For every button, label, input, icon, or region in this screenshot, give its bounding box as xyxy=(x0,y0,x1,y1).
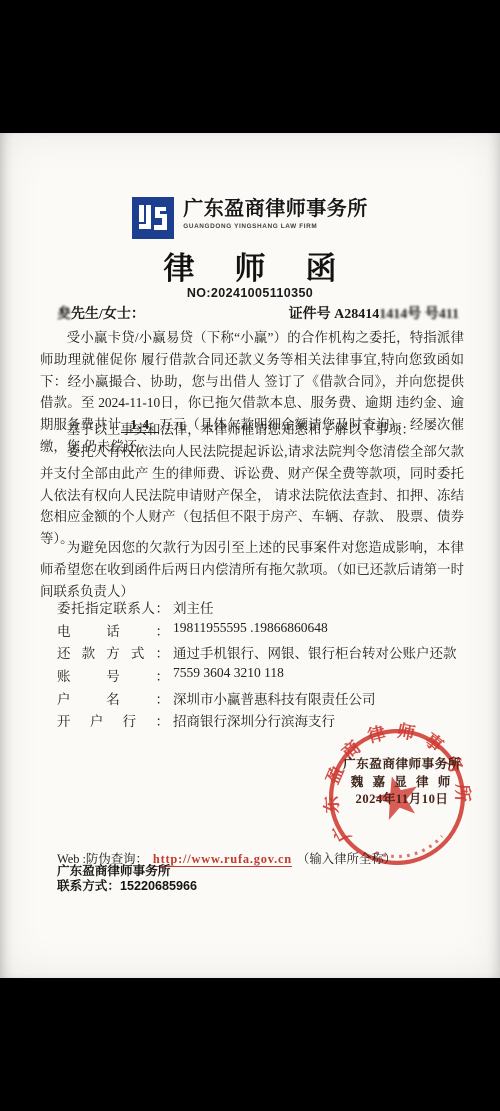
contact-label: 委托指定联系人： xyxy=(57,597,169,617)
body-paragraph-2: 基于以上事实和法律，本律师催请您知悉和了解以下事项： xyxy=(40,419,464,441)
contact-row: 委托指定联系人：刘主任 xyxy=(57,597,461,620)
contact-label: 账号： xyxy=(57,665,169,685)
recipient-row: 夋先生/女士： 证件号 A284141414号 号411 xyxy=(57,303,459,323)
seal-date-line: 2024年11月10日 xyxy=(332,791,472,809)
body-paragraph-4: 为避免因您的欠款行为因引至上述的民事案件对您造成影响，本律师希望您在收到函件后两… xyxy=(40,537,464,602)
contact-value: 招商银行深圳分行滨海支行 xyxy=(173,714,335,729)
firm-name-cn: 广东盈商律师事务所 xyxy=(183,197,368,221)
contact-label: 还款方式： xyxy=(57,642,169,662)
contact-row: 户名：深圳市小赢普惠科技有限责任公司 xyxy=(57,688,461,711)
contact-row: 电话：19811955595 .19866860648 xyxy=(57,620,461,643)
seal-lawyer-line: 魏 嘉 显 律 师 xyxy=(332,774,472,792)
firm-name-en: GUANGDONG YINGSHANG LAW FIRM xyxy=(183,223,368,230)
contact-value: 深圳市小赢普惠科技有限责任公司 xyxy=(173,692,376,707)
id-label: 证件号 xyxy=(289,307,335,322)
letterbox-top xyxy=(0,0,500,133)
seal-overlay: 广东盈商律师事务所 魏 嘉 显 律 师 2024年11月10日 xyxy=(332,756,472,809)
contact-row: 还款方式：通过手机银行、网银、银行柜台转对公账户还款 xyxy=(57,642,461,665)
footer-contact: 联系方式：15220685966 xyxy=(57,879,197,894)
id-number-visible: A28414 xyxy=(334,307,379,322)
letter-title: 律师函 xyxy=(164,251,377,286)
letterbox-bottom xyxy=(0,978,500,1111)
contact-label: 开户行： xyxy=(57,710,169,730)
body-paragraph-3: 委托人有权依法向人民法院提起诉讼,请求法院判令您清偿全部欠款并支付全部由此产 生… xyxy=(40,441,464,550)
letter-title-wrap: 律师函 xyxy=(0,243,500,288)
firm-name-stack: 广东盈商律师事务所 GUANGDONG YINGSHANG LAW FIRM xyxy=(183,197,368,230)
id-number-line: 证件号 A284141414号 号411 xyxy=(289,303,459,323)
contact-value: 通过手机银行、网银、银行柜台转对公账户还款 xyxy=(173,646,457,661)
contact-value: 7559 3604 3210 118 xyxy=(173,665,284,680)
footer-block: 广东盈商律师事务所 联系方式：15220685966 xyxy=(57,864,197,894)
id-number-obscured: 1414号 号411 xyxy=(379,307,459,322)
contact-label: 电话： xyxy=(57,620,169,640)
contact-value: 19811955595 .19866860648 xyxy=(173,620,328,635)
verify-suffix: （输入律所全称） xyxy=(297,852,396,866)
screenshot-stage: 广东盈商律师事务所 GUANGDONG YINGSHANG LAW FIRM 律… xyxy=(0,0,500,1111)
recipient-name: 夋 xyxy=(57,307,71,322)
contact-row: 账号：7559 3604 3210 118 xyxy=(57,665,461,688)
footer-firm-name: 广东盈商律师事务所 xyxy=(57,864,197,879)
recipient-salutation: 先生/女士： xyxy=(71,307,145,322)
contact-label: 户名： xyxy=(57,688,169,708)
recipient-name-line: 夋先生/女士： xyxy=(57,303,145,323)
law-firm-header: 广东盈商律师事务所 GUANGDONG YINGSHANG LAW FIRM xyxy=(0,197,500,239)
seal-firm-line: 广东盈商律师事务所 xyxy=(332,756,472,774)
law-firm-logo-icon xyxy=(132,197,174,239)
contact-value: 刘主任 xyxy=(173,601,214,616)
document-number: NO:20241005110350 xyxy=(0,286,500,300)
